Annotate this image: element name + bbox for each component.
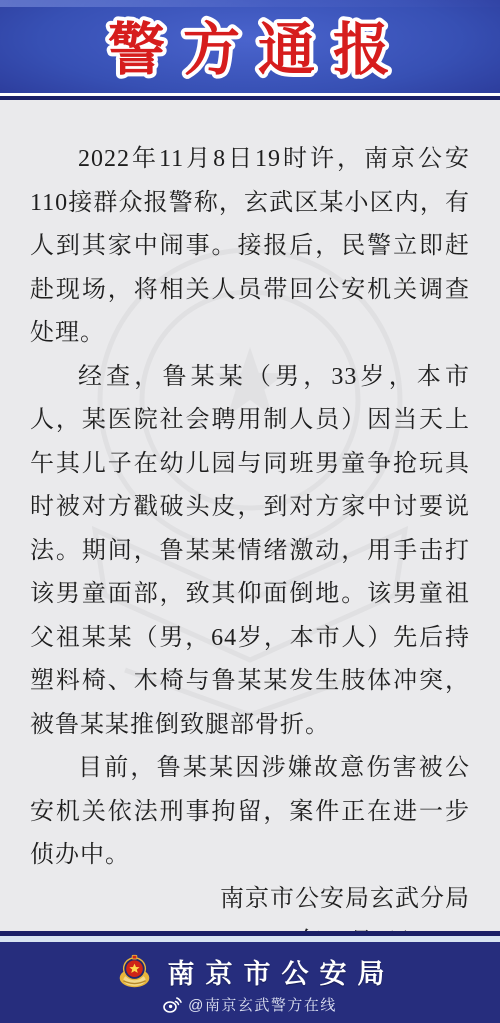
header-banner: 警方通报 xyxy=(0,0,500,93)
notice-body: 2022年11月8日19时许，南京公安110接群众报警称，玄武区某小区内，有人到… xyxy=(0,100,500,931)
signature-agency: 南京市公安局玄武分局 xyxy=(30,878,470,922)
notice-paragraph: 目前，鲁某某因涉嫌故意伤害被公安机关依法刑事拘留，案件正在进一步侦办中。 xyxy=(30,747,470,878)
footer-weibo-row: @南京玄武警方在线 xyxy=(163,994,337,1015)
footer-divider xyxy=(0,931,500,942)
signature-block: 南京市公安局玄武分局 2022年11月9日 xyxy=(30,878,470,932)
banner-title-graphic: 警方通报 xyxy=(0,0,500,93)
police-notice-poster: 警方通报 2022年11月8日19时许，南京公安110接群众报警称，玄武区某小区… xyxy=(0,0,500,1023)
notice-paragraph: 2022年11月8日19时许，南京公安110接群众报警称，玄武区某小区内，有人到… xyxy=(30,138,470,356)
police-badge-icon xyxy=(116,953,153,990)
footer-banner: 南京市公安局 @南京玄武警方在线 xyxy=(0,942,500,1023)
signature-date: 2022年11月9日 xyxy=(30,921,470,931)
footer-agency-name: 南京市公安局 xyxy=(168,952,396,991)
weibo-icon xyxy=(163,996,182,1013)
weibo-handle: @南京玄武警方在线 xyxy=(188,994,337,1015)
footer-agency-row: 南京市公安局 xyxy=(116,952,385,991)
page-title: 警方通报 xyxy=(108,18,408,82)
header-divider xyxy=(0,93,500,100)
notice-paragraph: 经查，鲁某某（男，33岁，本市人，某医院社会聘用制人员）因当天上午其儿子在幼儿园… xyxy=(30,356,470,748)
